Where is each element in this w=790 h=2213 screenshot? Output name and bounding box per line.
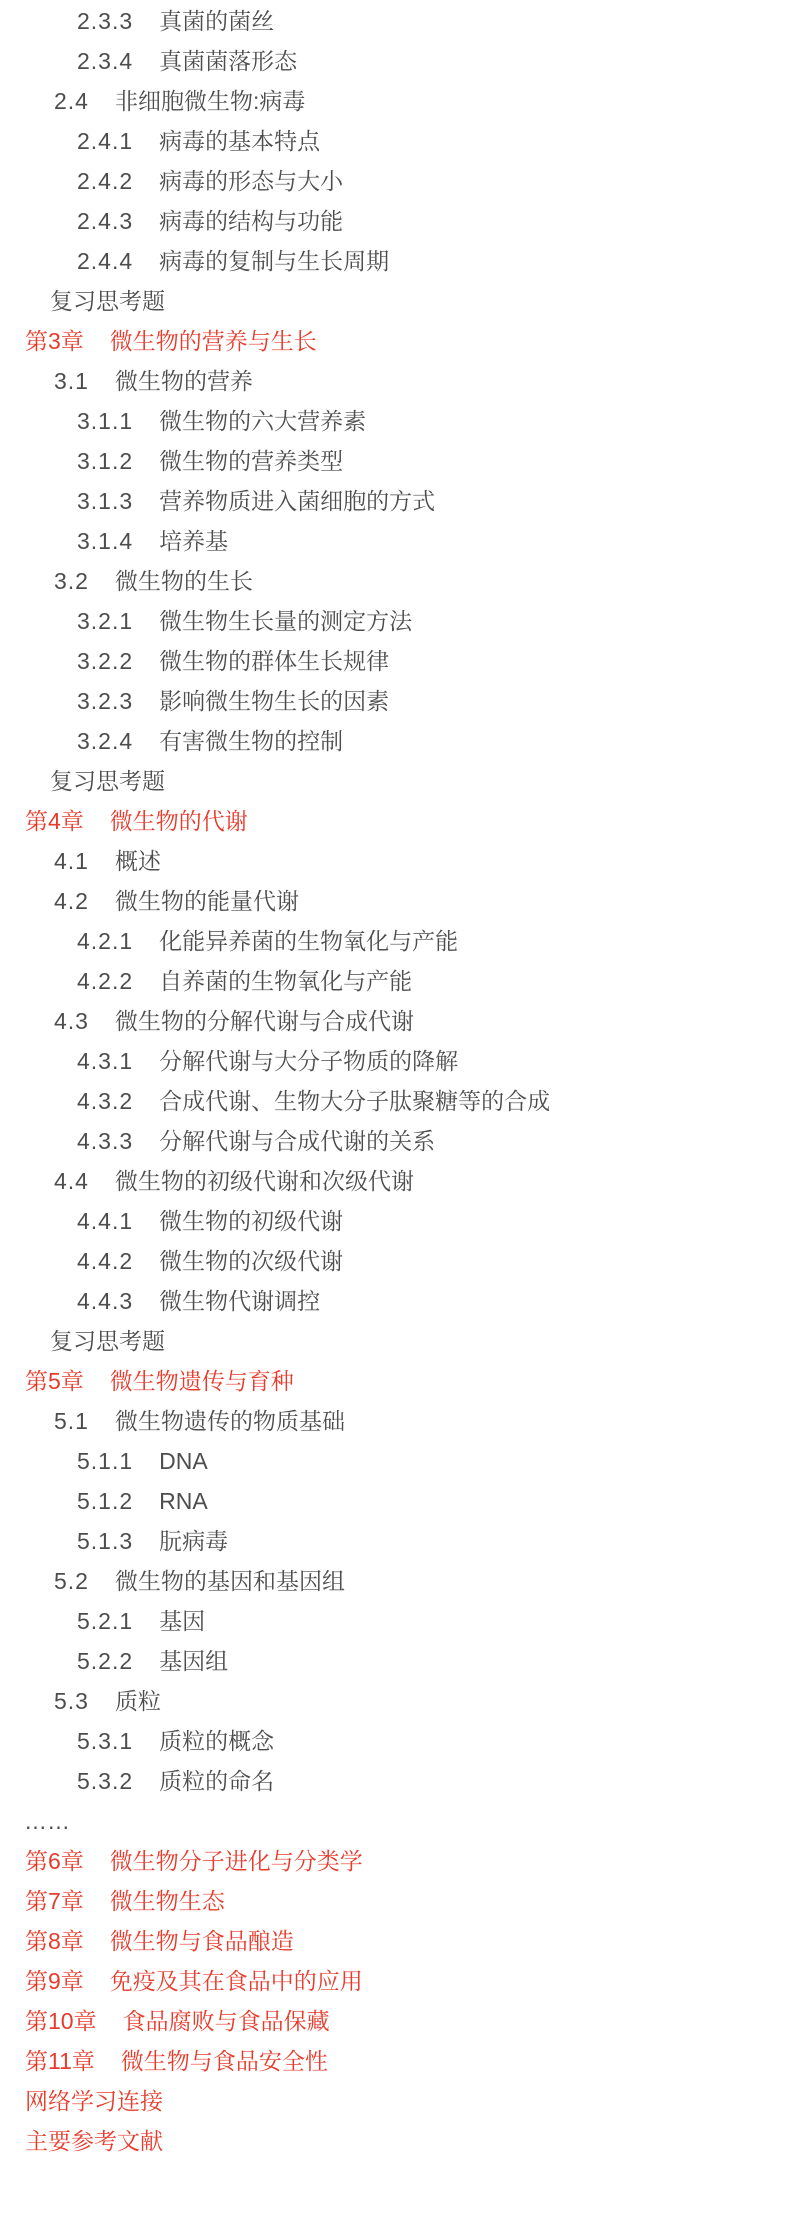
toc-entry-title: 合成代谢、生物大分子肽聚糖等的合成 xyxy=(159,1081,550,1121)
toc-entry-title: …… xyxy=(24,1801,70,1841)
toc-entry: 2.4 非细胞微生物:病毒 xyxy=(0,81,790,121)
toc-entry-title: 有害微生物的控制 xyxy=(159,721,343,761)
toc-entry-number: 第3章 xyxy=(25,321,84,361)
toc-entry-title: 复习思考题 xyxy=(50,1321,165,1361)
toc-entry: 5.1 微生物遗传的物质基础 xyxy=(0,1401,790,1441)
toc-entry-title: 朊病毒 xyxy=(159,1521,228,1561)
table-of-contents: 2.3.3 真菌的菌丝 2.3.4 真菌菌落形态 2.4 非细胞微生物:病毒 2… xyxy=(0,0,790,2161)
toc-entry-number: 第5章 xyxy=(25,1361,84,1401)
toc-entry-number: 3.1.3 xyxy=(77,481,133,521)
toc-entry: 4.3.2 合成代谢、生物大分子肽聚糖等的合成 xyxy=(0,1081,790,1121)
toc-entry: 第11章 微生物与食品安全性 xyxy=(0,2041,790,2081)
toc-entry-title: 微生物的生长 xyxy=(115,561,253,601)
toc-entry-number: 4.2.2 xyxy=(77,961,133,1001)
toc-entry-number: 5.3.2 xyxy=(77,1761,133,1801)
toc-entry-title: 微生物的六大营养素 xyxy=(159,401,366,441)
toc-entry-title: 微生物生态 xyxy=(110,1881,225,1921)
toc-entry-title: 微生物的营养类型 xyxy=(159,441,343,481)
toc-entry: 4.1 概述 xyxy=(0,841,790,881)
toc-entry-title: 真菌菌落形态 xyxy=(159,41,297,81)
toc-entry: 第8章 微生物与食品酿造 xyxy=(0,1921,790,1961)
toc-entry-title: 病毒的形态与大小 xyxy=(159,161,343,201)
toc-entry: 5.1.1 DNA xyxy=(0,1441,790,1481)
toc-entry-number: 第4章 xyxy=(25,801,84,841)
toc-entry-number: 2.3.4 xyxy=(77,41,133,81)
toc-entry: 5.3.2 质粒的命名 xyxy=(0,1761,790,1801)
toc-entry-title: 微生物的基因和基因组 xyxy=(115,1561,345,1601)
toc-entry-title: 病毒的基本特点 xyxy=(159,121,320,161)
toc-entry-number: 2.4.1 xyxy=(77,121,133,161)
toc-entry: 第4章 微生物的代谢 xyxy=(0,801,790,841)
toc-entry: 2.3.3 真菌的菌丝 xyxy=(0,1,790,41)
toc-entry: 3.1.4 培养基 xyxy=(0,521,790,561)
toc-entry: 5.1.2 RNA xyxy=(0,1481,790,1521)
toc-entry: 4.2.1 化能异养菌的生物氧化与产能 xyxy=(0,921,790,961)
toc-entry-title: DNA xyxy=(159,1441,208,1481)
toc-entry: 5.2.2 基因组 xyxy=(0,1641,790,1681)
toc-entry-title: 微生物的群体生长规律 xyxy=(159,641,389,681)
toc-entry: 4.4.3 微生物代谢调控 xyxy=(0,1281,790,1321)
toc-entry-number: 3.2.4 xyxy=(77,721,133,761)
toc-entry: 网络学习连接 xyxy=(0,2081,790,2121)
toc-entry-number: 2.4.4 xyxy=(77,241,133,281)
toc-entry-number: 3.2.1 xyxy=(77,601,133,641)
toc-entry-title: 概述 xyxy=(115,841,161,881)
toc-entry-title: 微生物的次级代谢 xyxy=(159,1241,343,1281)
toc-entry: 3.1.1 微生物的六大营养素 xyxy=(0,401,790,441)
toc-entry-title: 微生物的营养与生长 xyxy=(110,321,317,361)
toc-entry-number: 5.1 xyxy=(54,1401,89,1441)
toc-entry: 3.2.1 微生物生长量的测定方法 xyxy=(0,601,790,641)
toc-entry: 4.3 微生物的分解代谢与合成代谢 xyxy=(0,1001,790,1041)
toc-entry: 第6章 微生物分子进化与分类学 xyxy=(0,1841,790,1881)
toc-entry: 5.1.3 朊病毒 xyxy=(0,1521,790,1561)
toc-entry-title: 质粒的命名 xyxy=(159,1761,274,1801)
toc-entry-title: 微生物的分解代谢与合成代谢 xyxy=(115,1001,414,1041)
toc-entry-number: 第8章 xyxy=(25,1921,84,1961)
toc-entry-title: 微生物分子进化与分类学 xyxy=(110,1841,363,1881)
toc-entry: 3.1 微生物的营养 xyxy=(0,361,790,401)
toc-entry: 2.4.4 病毒的复制与生长周期 xyxy=(0,241,790,281)
toc-entry-title: 自养菌的生物氧化与产能 xyxy=(159,961,412,1001)
toc-entry-number: 5.2 xyxy=(54,1561,89,1601)
toc-entry-number: 4.4.2 xyxy=(77,1241,133,1281)
toc-entry-number: 第11章 xyxy=(25,2041,95,2081)
toc-entry: 3.2.3 影响微生物生长的因素 xyxy=(0,681,790,721)
toc-entry: 第9章 免疫及其在食品中的应用 xyxy=(0,1961,790,2001)
toc-entry: 4.3.1 分解代谢与大分子物质的降解 xyxy=(0,1041,790,1081)
toc-entry: 3.1.2 微生物的营养类型 xyxy=(0,441,790,481)
toc-entry-number: 5.2.2 xyxy=(77,1641,133,1681)
toc-entry: 3.1.3 营养物质进入菌细胞的方式 xyxy=(0,481,790,521)
toc-entry-title: 化能异养菌的生物氧化与产能 xyxy=(159,921,458,961)
toc-entry-title: 微生物遗传与育种 xyxy=(110,1361,294,1401)
toc-entry-number: 第7章 xyxy=(25,1881,84,1921)
toc-entry: 复习思考题 xyxy=(0,1321,790,1361)
toc-entry-title: 分解代谢与合成代谢的关系 xyxy=(159,1121,435,1161)
toc-entry-title: 微生物的代谢 xyxy=(110,801,248,841)
toc-entry-number: 3.2.3 xyxy=(77,681,133,721)
toc-entry-number: 2.3.3 xyxy=(77,1,133,41)
toc-entry-number: 3.1.2 xyxy=(77,441,133,481)
toc-entry-title: 食品腐败与食品保藏 xyxy=(123,2001,330,2041)
toc-entry-title: 微生物与食品酿造 xyxy=(110,1921,294,1961)
toc-entry-number: 2.4.2 xyxy=(77,161,133,201)
toc-entry: 3.2.4 有害微生物的控制 xyxy=(0,721,790,761)
toc-entry-number: 3.2 xyxy=(54,561,89,601)
toc-entry-number: 4.4.1 xyxy=(77,1201,133,1241)
toc-entry-number: 5.2.1 xyxy=(77,1601,133,1641)
toc-entry-title: 微生物遗传的物质基础 xyxy=(115,1401,345,1441)
toc-entry-title: 微生物代谢调控 xyxy=(159,1281,320,1321)
toc-entry: 5.2 微生物的基因和基因组 xyxy=(0,1561,790,1601)
toc-entry-number: 第6章 xyxy=(25,1841,84,1881)
toc-entry-title: 营养物质进入菌细胞的方式 xyxy=(159,481,435,521)
toc-entry-number: 4.3.3 xyxy=(77,1121,133,1161)
toc-entry-title: 基因 xyxy=(159,1601,205,1641)
toc-entry: 5.3 质粒 xyxy=(0,1681,790,1721)
toc-entry: 4.2.2 自养菌的生物氧化与产能 xyxy=(0,961,790,1001)
toc-entry-number: 4.1 xyxy=(54,841,89,881)
toc-entry: 第10章 食品腐败与食品保藏 xyxy=(0,2001,790,2041)
toc-entry-title: 微生物生长量的测定方法 xyxy=(159,601,412,641)
toc-entry-title: 微生物的营养 xyxy=(115,361,253,401)
toc-entry: 4.4.2 微生物的次级代谢 xyxy=(0,1241,790,1281)
toc-entry-title: 微生物的初级代谢 xyxy=(159,1201,343,1241)
toc-entry-number: 4.3.2 xyxy=(77,1081,133,1121)
toc-entry: 主要参考文献 xyxy=(0,2121,790,2161)
toc-entry: 4.4 微生物的初级代谢和次级代谢 xyxy=(0,1161,790,1201)
toc-entry: 第7章 微生物生态 xyxy=(0,1881,790,1921)
toc-entry-title: 影响微生物生长的因素 xyxy=(159,681,389,721)
toc-entry-title: 非细胞微生物:病毒 xyxy=(115,81,305,121)
toc-entry-number: 3.2.2 xyxy=(77,641,133,681)
toc-entry-title: 主要参考文献 xyxy=(25,2121,163,2161)
toc-entry: 4.3.3 分解代谢与合成代谢的关系 xyxy=(0,1121,790,1161)
toc-entry-number: 4.3.1 xyxy=(77,1041,133,1081)
toc-entry-number: 5.1.2 xyxy=(77,1481,133,1521)
toc-entry-title: 免疫及其在食品中的应用 xyxy=(110,1961,363,2001)
toc-entry: 4.2 微生物的能量代谢 xyxy=(0,881,790,921)
toc-entry-title: 病毒的结构与功能 xyxy=(159,201,343,241)
toc-entry-number: 3.1 xyxy=(54,361,89,401)
toc-entry: 4.4.1 微生物的初级代谢 xyxy=(0,1201,790,1241)
toc-entry-number: 3.1.4 xyxy=(77,521,133,561)
toc-entry-title: 培养基 xyxy=(159,521,228,561)
toc-entry: …… xyxy=(0,1801,790,1841)
toc-entry: 5.3.1 质粒的概念 xyxy=(0,1721,790,1761)
toc-entry: 第5章 微生物遗传与育种 xyxy=(0,1361,790,1401)
toc-entry-title: 病毒的复制与生长周期 xyxy=(159,241,389,281)
toc-entry-number: 2.4.3 xyxy=(77,201,133,241)
toc-entry-number: 4.2.1 xyxy=(77,921,133,961)
toc-entry: 第3章 微生物的营养与生长 xyxy=(0,321,790,361)
toc-entry: 3.2 微生物的生长 xyxy=(0,561,790,601)
toc-entry-title: RNA xyxy=(159,1481,208,1521)
toc-entry-title: 网络学习连接 xyxy=(25,2081,163,2121)
toc-entry-number: 4.4 xyxy=(54,1161,89,1201)
toc-entry-number: 5.1.1 xyxy=(77,1441,133,1481)
toc-entry-number: 2.4 xyxy=(54,81,89,121)
toc-entry-number: 3.1.1 xyxy=(77,401,133,441)
toc-entry-title: 真菌的菌丝 xyxy=(159,1,274,41)
toc-entry-title: 复习思考题 xyxy=(50,281,165,321)
toc-entry: 3.2.2 微生物的群体生长规律 xyxy=(0,641,790,681)
toc-entry-number: 4.2 xyxy=(54,881,89,921)
toc-entry-title: 基因组 xyxy=(159,1641,228,1681)
toc-entry-title: 微生物的能量代谢 xyxy=(115,881,299,921)
toc-entry-title: 质粒 xyxy=(115,1681,161,1721)
toc-entry-number: 5.3 xyxy=(54,1681,89,1721)
toc-entry: 复习思考题 xyxy=(0,281,790,321)
toc-entry: 复习思考题 xyxy=(0,761,790,801)
toc-entry: 2.4.2 病毒的形态与大小 xyxy=(0,161,790,201)
toc-entry-number: 5.1.3 xyxy=(77,1521,133,1561)
toc-entry: 2.4.3 病毒的结构与功能 xyxy=(0,201,790,241)
toc-entry: 2.3.4 真菌菌落形态 xyxy=(0,41,790,81)
toc-entry-number: 4.3 xyxy=(54,1001,89,1041)
toc-entry-number: 5.3.1 xyxy=(77,1721,133,1761)
toc-entry-title: 微生物与食品安全性 xyxy=(121,2041,328,2081)
toc-entry-title: 分解代谢与大分子物质的降解 xyxy=(159,1041,458,1081)
toc-entry-number: 第9章 xyxy=(25,1961,84,2001)
toc-entry: 2.4.1 病毒的基本特点 xyxy=(0,121,790,161)
toc-entry-number: 第10章 xyxy=(25,2001,97,2041)
toc-entry-title: 微生物的初级代谢和次级代谢 xyxy=(115,1161,414,1201)
toc-entry-title: 质粒的概念 xyxy=(159,1721,274,1761)
toc-entry-number: 4.4.3 xyxy=(77,1281,133,1321)
toc-entry: 5.2.1 基因 xyxy=(0,1601,790,1641)
toc-entry-title: 复习思考题 xyxy=(50,761,165,801)
